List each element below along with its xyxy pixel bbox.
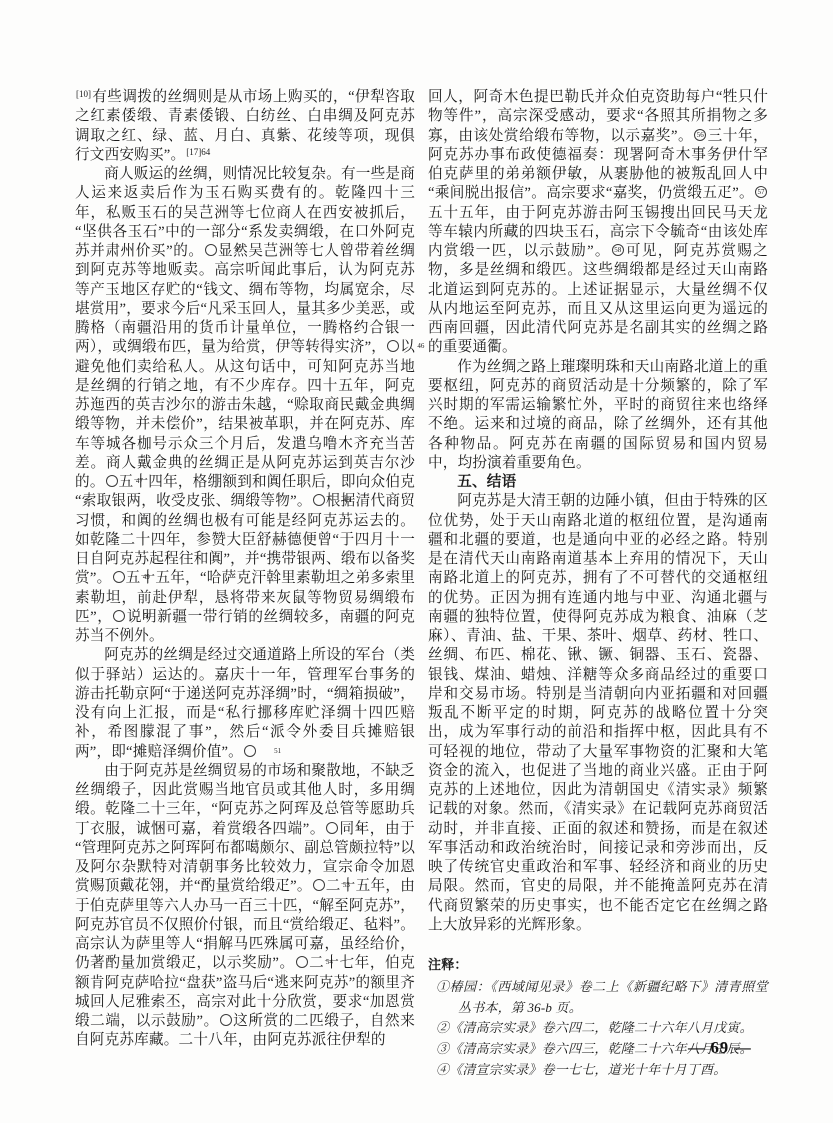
right-column: 回人，阿奇木色提巴勒氏并众伯克资助每户“牲只什物等件”，高宗深受感动，要求“各照…	[428, 88, 768, 1081]
note-reference: 50	[113, 610, 125, 622]
paragraph: 由于阿克苏是丝绸贸易的市场和聚散地，不缺乏丝绸缎子，因此赏赐当地官员或其他人时，…	[75, 762, 415, 1051]
paragraph: 回人，阿奇木色提巴勒氏并众伯克资助每户“牲只什物等件”，高宗深受感动，要求“各照…	[428, 88, 768, 358]
note-reference: 53	[313, 879, 325, 891]
section-heading-conclusion: 五、结语	[428, 473, 768, 492]
note-item: ②《清高宗实录》卷六四二，乾隆二十六年八月戊寅。	[436, 1018, 768, 1039]
note-reference: 48	[313, 494, 325, 506]
note-reference: [10]	[76, 89, 91, 99]
notes-heading: 注释：	[428, 955, 768, 976]
paper-page: [10]有些调拨的丝绸则是从市场上购买的，“伊犁咨取之红素倭缎、青素倭锻、白纺丝…	[0, 0, 833, 1123]
note-reference: 57	[755, 186, 767, 198]
note-reference: 46	[387, 340, 399, 352]
paragraph: 商人贩运的丝绸，则情况比较复杂。有一些是商人运来返卖后作为玉石购买费有的。乾隆四…	[75, 165, 415, 646]
note-reference: [17]64	[186, 147, 210, 157]
note-reference: 54	[296, 956, 308, 968]
paragraph: 作为丝绸之路上璀璨明珠和天山南路北道上的重要枢纽，阿克苏的商贸活动是十分频繁的，…	[428, 358, 768, 474]
notes-section: 注释： ①椿园：《西域闻见录》卷二上《新疆纪略下》清青照堂丛书本，第 36-b …	[428, 955, 768, 1081]
paragraph: [10]有些调拨的丝绸则是从市场上购买的，“伊犁咨取之红素倭缎、青素倭锻、白纺丝…	[75, 88, 415, 165]
left-column: [10]有些调拨的丝绸则是从市场上购买的，“伊犁咨取之红素倭缎、青素倭锻、白纺丝…	[75, 88, 415, 1051]
note-reference: 47	[106, 475, 118, 487]
note-reference: 55	[220, 1014, 232, 1026]
paragraph: 阿克苏是大清王朝的边陲小镇，但由于特殊的区位优势，处于天山南路北道的枢纽位置，是…	[428, 492, 768, 935]
note-reference: 45	[205, 244, 217, 256]
note-reference: 56	[694, 129, 706, 141]
note-item: ①椿园：《西域闻见录》卷二上《新疆纪略下》清青照堂丛书本，第 36-b 页。	[436, 977, 768, 1019]
page-number: — 69 —	[688, 1038, 752, 1058]
note-reference: 58	[612, 244, 624, 256]
note-item: ④《清宣宗实录》卷一七七，道光十年十月丁酉。	[436, 1060, 768, 1081]
note-reference: 51	[244, 745, 256, 757]
note-reference: 49	[113, 571, 125, 583]
note-reference: 52	[326, 822, 338, 834]
paragraph: 阿克苏的丝绸是经过交通道路上所设的军台（类似于驿站）运达的。嘉庆十一年，管理军台…	[75, 646, 415, 762]
